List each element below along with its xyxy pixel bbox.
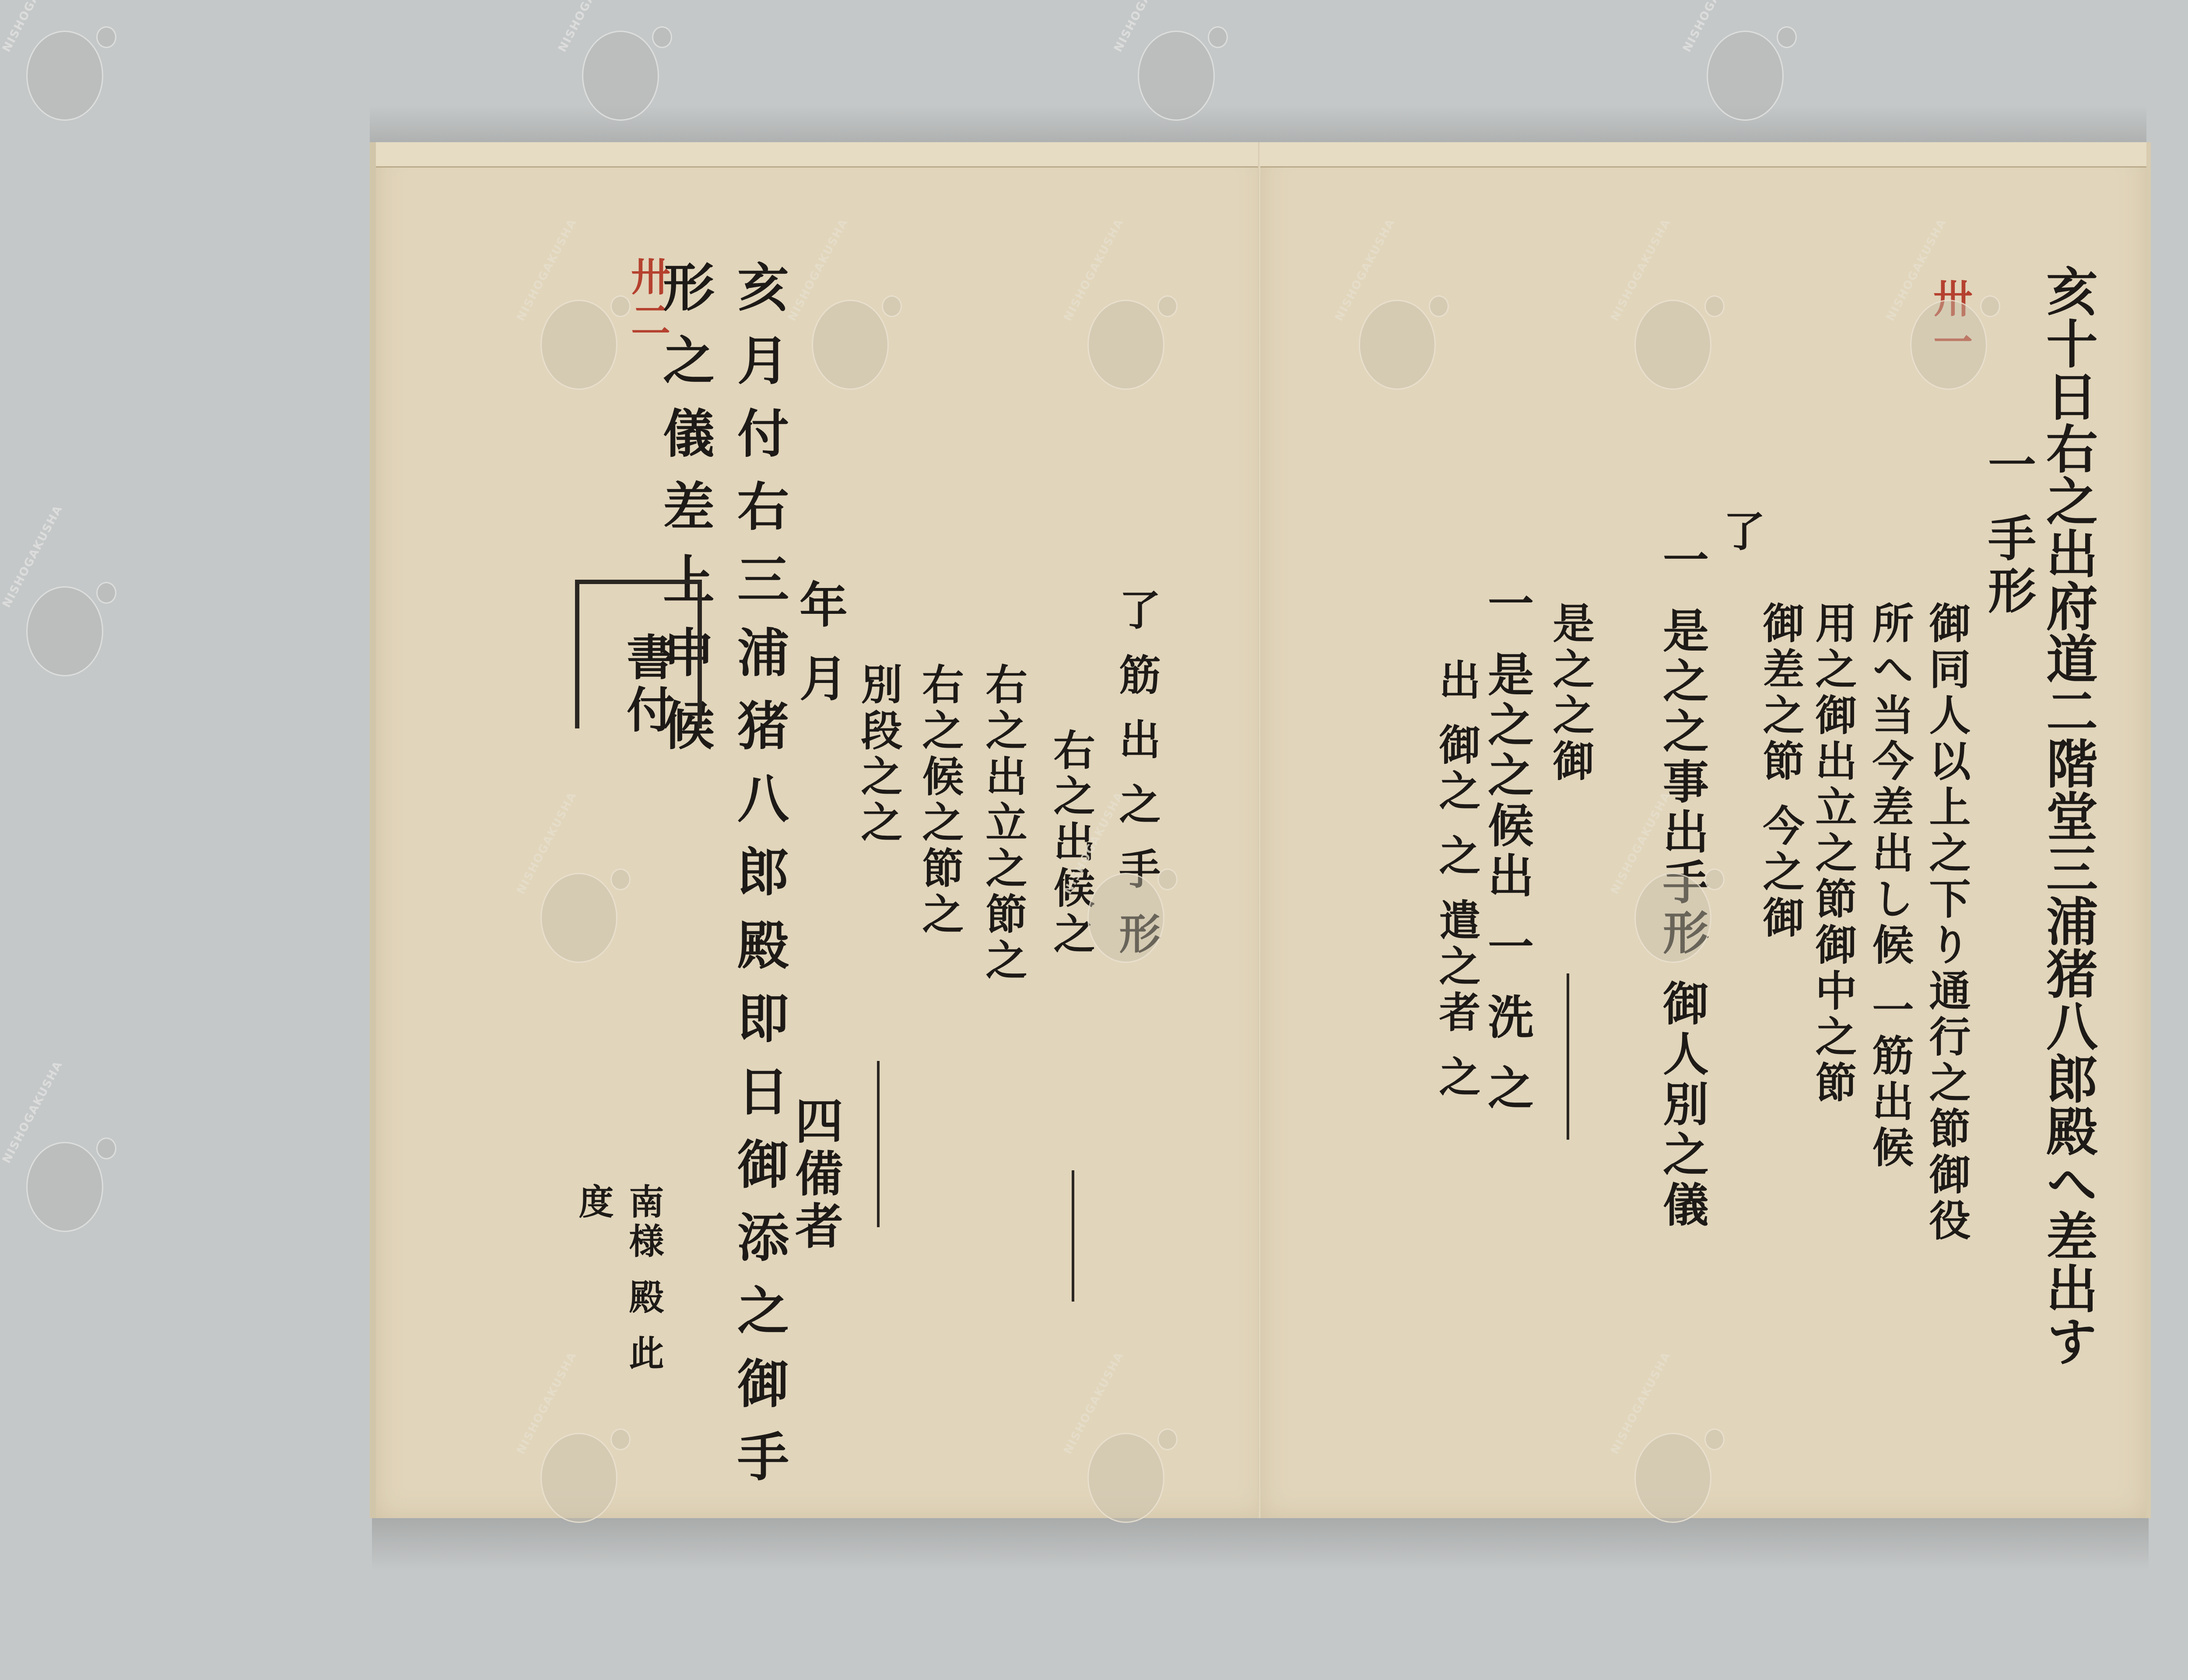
ink-stroke [1567, 973, 1569, 1140]
watermark-logo-icon: NISHOGAKUSHA [565, 17, 670, 122]
page-top-edge [376, 142, 1266, 168]
watermark-logo-icon: NISHOGAKUSHA [794, 287, 899, 392]
watermark-logo-icon: NISHOGAKUSHA [1070, 860, 1175, 965]
watermark-logo-icon: NISHOGAKUSHA [9, 573, 114, 678]
text-column: 用之御出立之節御中之節 [1803, 602, 1862, 1564]
open-manuscript-book: 卅二 亥 月 付 右 三 浦 猪 八 郎 殿 即 日 御 添 之 御 手 形 之… [370, 142, 2146, 1518]
watermark-logo-icon: NISHOGAKUSHA [1120, 17, 1225, 122]
watermark-logo-icon: NISHOGAKUSHA [9, 1129, 114, 1234]
page-top-edge [1260, 142, 2146, 168]
boxed-label: 書付 [612, 632, 681, 737]
text-column: 了 [1711, 510, 1771, 556]
watermark-logo-icon: NISHOGAKUSHA [523, 1420, 628, 1525]
watermark-logo-icon: NISHOGAKUSHA [1341, 287, 1446, 392]
watermark-logo-icon: NISHOGAKUSHA [523, 860, 628, 965]
watermark-logo-icon: NISHOGAKUSHA [9, 17, 114, 122]
watermark-logo-icon: NISHOGAKUSHA [1689, 17, 1794, 122]
text-column: 所へ当今差出し候 一筋出候 [1860, 602, 1919, 1564]
main-column: 亥 月 付 右 三 浦 猪 八 郎 殿 即 日 御 添 之 御 手 形 之 儀 … [647, 260, 796, 1529]
text-column: 了 筋 出 之 手 形 [1107, 588, 1166, 1463]
watermark-logo-icon: NISHOGAKUSHA [1617, 860, 1722, 965]
text-column: 右之候之節之 [910, 663, 969, 1319]
text-column: 右之出立之節之 [973, 663, 1033, 1450]
signature: 四備者 [781, 1096, 850, 1253]
text-column: 出 御之 之 遣之者 之 [1427, 658, 1486, 1490]
date-line: 年 月 [785, 580, 854, 798]
signature-small-note: 南様 殿 此 度 [568, 1183, 669, 1402]
ink-stroke [877, 1061, 880, 1227]
text-column: 御差之節 今之御 [1750, 602, 1810, 1564]
watermark-logo-icon: NISHOGAKUSHA [1617, 287, 1722, 392]
watermark-logo-icon: NISHOGAKUSHA [1893, 287, 1998, 392]
text-column: 右之出候之 [1041, 728, 1101, 1253]
text-column: 御同人以上之下り通行之節御役 [1917, 602, 1976, 1564]
watermark-logo-icon: NISHOGAKUSHA [1070, 287, 1175, 392]
watermark-logo-icon: NISHOGAKUSHA [523, 287, 628, 392]
text-column: 是之之御 [1540, 602, 1600, 1083]
text-column: 一 手形 [1974, 440, 2043, 618]
watermark-logo-icon: NISHOGAKUSHA [1617, 1420, 1722, 1525]
ink-stroke [1072, 1170, 1074, 1302]
watermark-logo-icon: NISHOGAKUSHA [1070, 1420, 1175, 1525]
